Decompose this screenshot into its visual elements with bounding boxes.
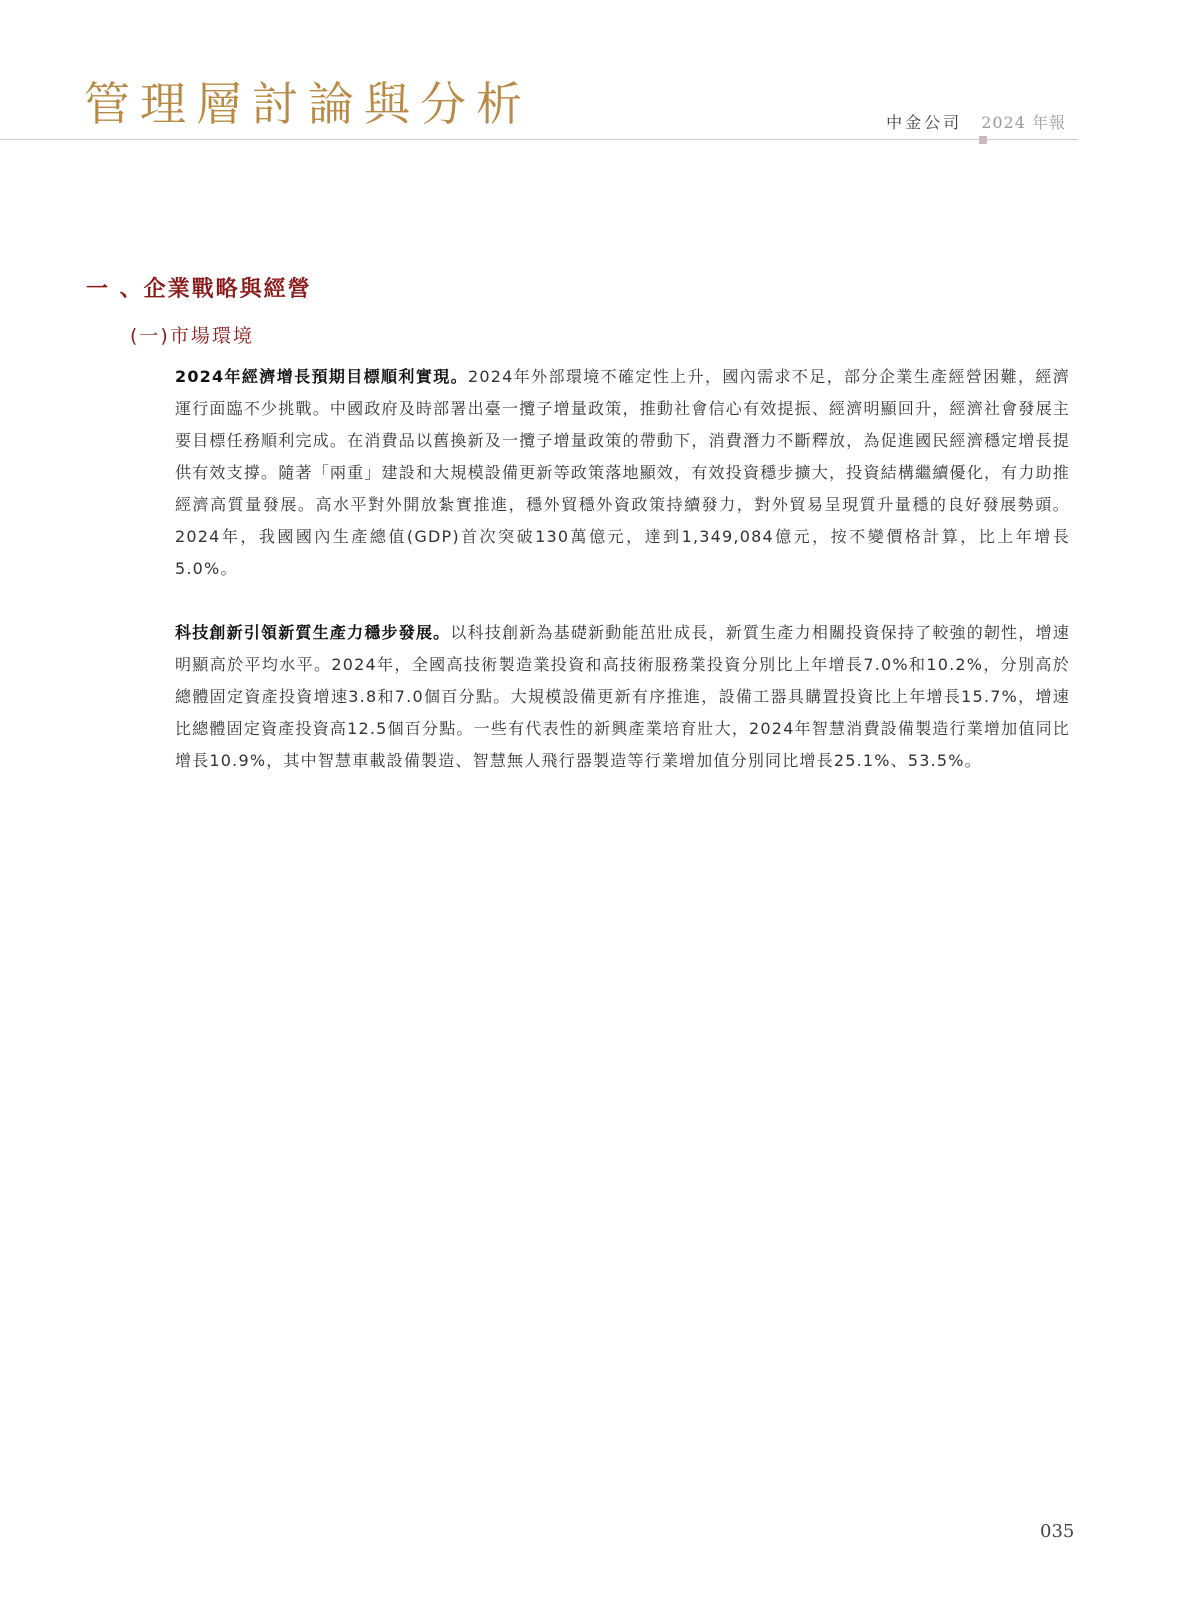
section-heading: 一 、企業戰略與經營 — [86, 275, 312, 305]
paragraph-text: 以科技創新為基礎新動能茁壯成長，新質生產力相關投資保持了較強的韌性，增速明顯高於… — [175, 623, 1070, 770]
company-name: 中金公司 — [886, 113, 962, 132]
page-number: 035 — [1040, 1521, 1074, 1542]
sub-heading: (一)市場環境 — [130, 322, 254, 350]
header-marker-square — [979, 136, 987, 144]
report-name: 2024 年報 — [981, 113, 1066, 132]
header-meta: 中金公司 2024 年報 — [886, 112, 1066, 134]
page-title: 管理層討論與分析 — [84, 74, 532, 134]
paragraph-economy: 2024年經濟增長預期目標順利實現。2024年外部環境不確定性上升，國內需求不足… — [175, 361, 1070, 585]
paragraph-lead: 科技創新引領新質生產力穩步發展。 — [175, 623, 450, 642]
paragraph-text: 2024年外部環境不確定性上升，國內需求不足，部分企業生產經營困難，經濟運行面臨… — [175, 367, 1070, 578]
paragraph-lead: 2024年經濟增長預期目標順利實現。 — [175, 367, 468, 386]
header-divider — [0, 139, 1078, 140]
paragraph-technology: 科技創新引領新質生產力穩步發展。以科技創新為基礎新動能茁壯成長，新質生產力相關投… — [175, 617, 1070, 777]
